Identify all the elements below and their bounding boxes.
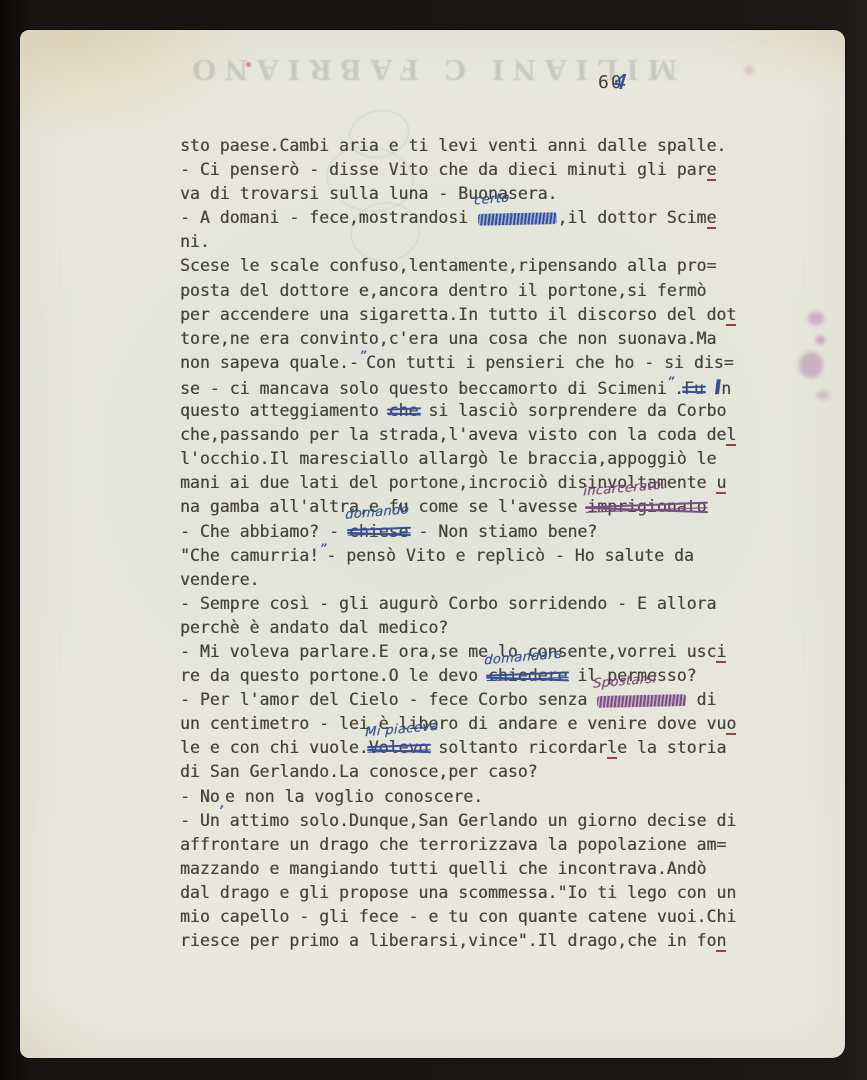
typescript-line: Scese le scale confuso,lentamente,ripens… <box>180 254 736 278</box>
typescript-line: un centimetro - lei è libero di andare e… <box>180 712 736 736</box>
typed-text: che,passando per la strada,l'aveva visto… <box>180 425 726 444</box>
handwritten-mark: I <box>713 375 722 400</box>
struck-word: Fu <box>684 377 704 401</box>
typed-text: - A domani - fece,mostrandosi <box>180 208 478 227</box>
typescript-line: affrontare un drago che terrorizzava la … <box>180 833 736 857</box>
correction: Spostarsi <box>597 688 686 712</box>
typescript-line: sto paese.Cambi aria e ti levi venti ann… <box>180 134 736 158</box>
typescript-line: perchè è andato dal medico? <box>180 616 736 640</box>
continuation-underline: u <box>716 473 726 494</box>
struck-word: che <box>389 399 419 423</box>
typescript-line: - Sempre così - gli augurò Corbo sorride… <box>180 592 736 616</box>
typed-text: riesce per primo a liberarsi,vince".Il d… <box>180 931 716 950</box>
continuation-underline: l <box>726 425 736 446</box>
handwritten-mark: , <box>220 792 225 811</box>
typed-text: - Ci penserò - disse Vito che da dieci m… <box>180 160 707 179</box>
typed-text: si lasciò sorprendere da Corbo <box>418 401 726 420</box>
typed-text: vendere. <box>180 570 259 589</box>
typed-text: n <box>721 379 731 398</box>
typescript-line: vendere. <box>180 568 736 592</box>
typed-text: - Mi voleva parlare.E ora,se me lo conse… <box>180 642 716 661</box>
typescript-line: dal drago e gli propose una scommessa."I… <box>180 881 736 905</box>
typed-text: di San Gerlando.La conosce,per caso? <box>180 762 538 781</box>
typescript-body: sto paese.Cambi aria e ti levi venti ann… <box>180 134 736 953</box>
typescript-line: - Che abbiamo? - chiesedomandò - Non sti… <box>180 520 736 544</box>
typed-text: ni. <box>180 232 210 251</box>
handwritten-insertion: certo <box>474 186 510 213</box>
typed-text: non sapeva quale.- <box>180 353 359 372</box>
typescript-line: l'occhio.Il maresciallo allargò le bracc… <box>180 447 736 471</box>
typescript-line: ni. <box>180 230 736 254</box>
typescript-line: che,passando per la strada,l'aveva visto… <box>180 423 736 447</box>
typed-text: affrontare un drago che terrorizzava la … <box>180 835 726 854</box>
scan-backdrop: MILIANI C FABRIANO 604 sto paese.Cambi a… <box>0 0 867 1080</box>
typed-text: e la storia <box>617 738 726 757</box>
typescript-line: questo atteggiamento che si lasciò sorpr… <box>180 399 736 423</box>
page-number-overwrite: 04 <box>611 72 624 93</box>
typescript-line: le e con chi vuole.VolevoMi piaceva solt… <box>180 736 736 760</box>
continuation-underline: o <box>726 714 736 735</box>
typed-text: di <box>687 690 717 709</box>
handwritten-mark: ” <box>359 349 366 365</box>
typed-text: e non la voglio conoscere. <box>225 787 483 806</box>
typed-text: mio capello - gli fece - e tu con quante… <box>180 907 736 926</box>
typed-text: Scese le scale confuso,lentamente,ripens… <box>180 256 716 275</box>
typed-text: mazzando e mangiando tutti quelli che in… <box>180 859 707 878</box>
typed-text: se - ci mancava solo questo beccamorto d… <box>180 379 667 398</box>
typed-text: - pensò Vito e replicò - Ho salute da <box>326 546 694 565</box>
handwritten-insertion: Spostarsi <box>593 667 657 697</box>
typed-text: re da questo portone.O le devo <box>180 666 488 685</box>
typed-text: sto paese.Cambi aria e ti levi venti ann… <box>180 136 726 155</box>
continuation-underline: e <box>707 160 717 181</box>
typed-text: - Che abbiamo? - <box>180 522 349 541</box>
typescript-line: mio capello - gli fece - e tu con quante… <box>180 905 736 929</box>
correction: chiederedomandare <box>488 664 567 688</box>
typescript-line: riesce per primo a liberarsi,vince".Il d… <box>180 929 736 953</box>
typescript-line: per accendere una sigaretta.In tutto il … <box>180 303 736 327</box>
typed-text: - Sempre così - gli augurò Corbo sorride… <box>180 594 716 613</box>
typed-text: dal drago e gli propose una scommessa."I… <box>180 883 736 902</box>
typescript-line: - Ci penserò - disse Vito che da dieci m… <box>180 158 736 182</box>
continuation-underline: t <box>726 305 736 326</box>
typed-text: l'occhio.Il maresciallo allargò le bracc… <box>180 449 716 468</box>
typescript-line: tore,ne era convinto,c'era una cosa che … <box>180 327 736 351</box>
typed-text: "Che camurria! <box>180 546 319 565</box>
ink-stain <box>744 66 754 75</box>
typed-text: posta del dottore e,ancora dentro il por… <box>180 281 707 300</box>
typescript-line: va di trovarsi sulla luna - Buonasera. <box>180 182 736 206</box>
typed-text: - Per l'amor del Cielo - fece Corbo senz… <box>180 690 597 709</box>
continuation-underline: l <box>607 738 617 759</box>
typed-text: ,il dottor Scim <box>557 208 706 227</box>
page-number-typed-digit: 6 <box>598 72 611 93</box>
typed-text: - Non stiamo bene? <box>409 522 598 541</box>
typescript-line: mazzando e mangiando tutti quelli che in… <box>180 857 736 881</box>
continuation-underline: e <box>707 208 717 229</box>
typed-text: soltanto ricordar <box>428 738 607 757</box>
typescript-line: posta del dottore e,ancora dentro il por… <box>180 279 736 303</box>
typescript-line: non sapeva quale.-”Con tutti i pensieri … <box>180 351 736 375</box>
typescript-line: - No,e non la voglio conoscere. <box>180 785 736 809</box>
typed-text: - Un attimo solo.Dunque,San Gerlando un … <box>180 811 736 830</box>
continuation-underline: n <box>716 931 726 952</box>
typescript-line: - Mi voleva parlare.E ora,se me lo conse… <box>180 640 736 664</box>
correction: certo <box>478 206 557 230</box>
typed-text: tore,ne era convinto,c'era una cosa che … <box>180 329 716 348</box>
manuscript-page: MILIANI C FABRIANO 604 sto paese.Cambi a… <box>20 30 845 1058</box>
typescript-line: se - ci mancava solo questo beccamorto d… <box>180 375 736 399</box>
ink-stain <box>808 312 824 325</box>
page-number-hand-digit: 4 <box>613 69 630 94</box>
ink-stain <box>817 390 829 400</box>
correction: chiesedomandò <box>349 520 409 544</box>
typescript-line: - Un attimo solo.Dunque,San Gerlando un … <box>180 809 736 833</box>
continuation-underline: i <box>716 642 726 663</box>
page-number: 604 <box>598 72 624 93</box>
struck-word-scribble <box>478 213 558 227</box>
typed-text: questo atteggiamento <box>180 401 389 420</box>
struck-word-scribble <box>597 694 687 708</box>
paper-watermark: MILIANI C FABRIANO <box>90 52 770 88</box>
typed-text <box>704 379 714 398</box>
typed-text: le e con chi vuole. <box>180 738 369 757</box>
ink-stain <box>799 352 823 378</box>
handwritten-mark: ” <box>319 542 326 558</box>
typescript-line: "Che camurria!”- pensò Vito e replicò - … <box>180 544 736 568</box>
correction: imprigionatoincarcerato. <box>587 495 706 519</box>
typed-text: perchè è andato dal medico? <box>180 618 448 637</box>
typescript-line: di San Gerlando.La conosce,per caso? <box>180 760 736 784</box>
correction: VolevoMi piaceva <box>369 736 429 760</box>
handwritten-mark: ” <box>667 375 674 391</box>
typed-text: per accendere una sigaretta.In tutto il … <box>180 305 726 324</box>
typescript-line: na gamba all'altra,e fu come se l'avesse… <box>180 495 736 519</box>
typed-text: un centimetro - lei è libero di andare e… <box>180 714 726 733</box>
typescript-line: - Per l'amor del Cielo - fece Corbo senz… <box>180 688 736 712</box>
typed-text: Con tutti i pensieri che ho - si dis= <box>366 353 734 372</box>
ink-stain <box>246 62 251 67</box>
typescript-line: - A domani - fece,mostrandosi certo,il d… <box>180 206 736 230</box>
ink-stain <box>816 336 825 344</box>
typed-text: - No <box>180 787 220 806</box>
